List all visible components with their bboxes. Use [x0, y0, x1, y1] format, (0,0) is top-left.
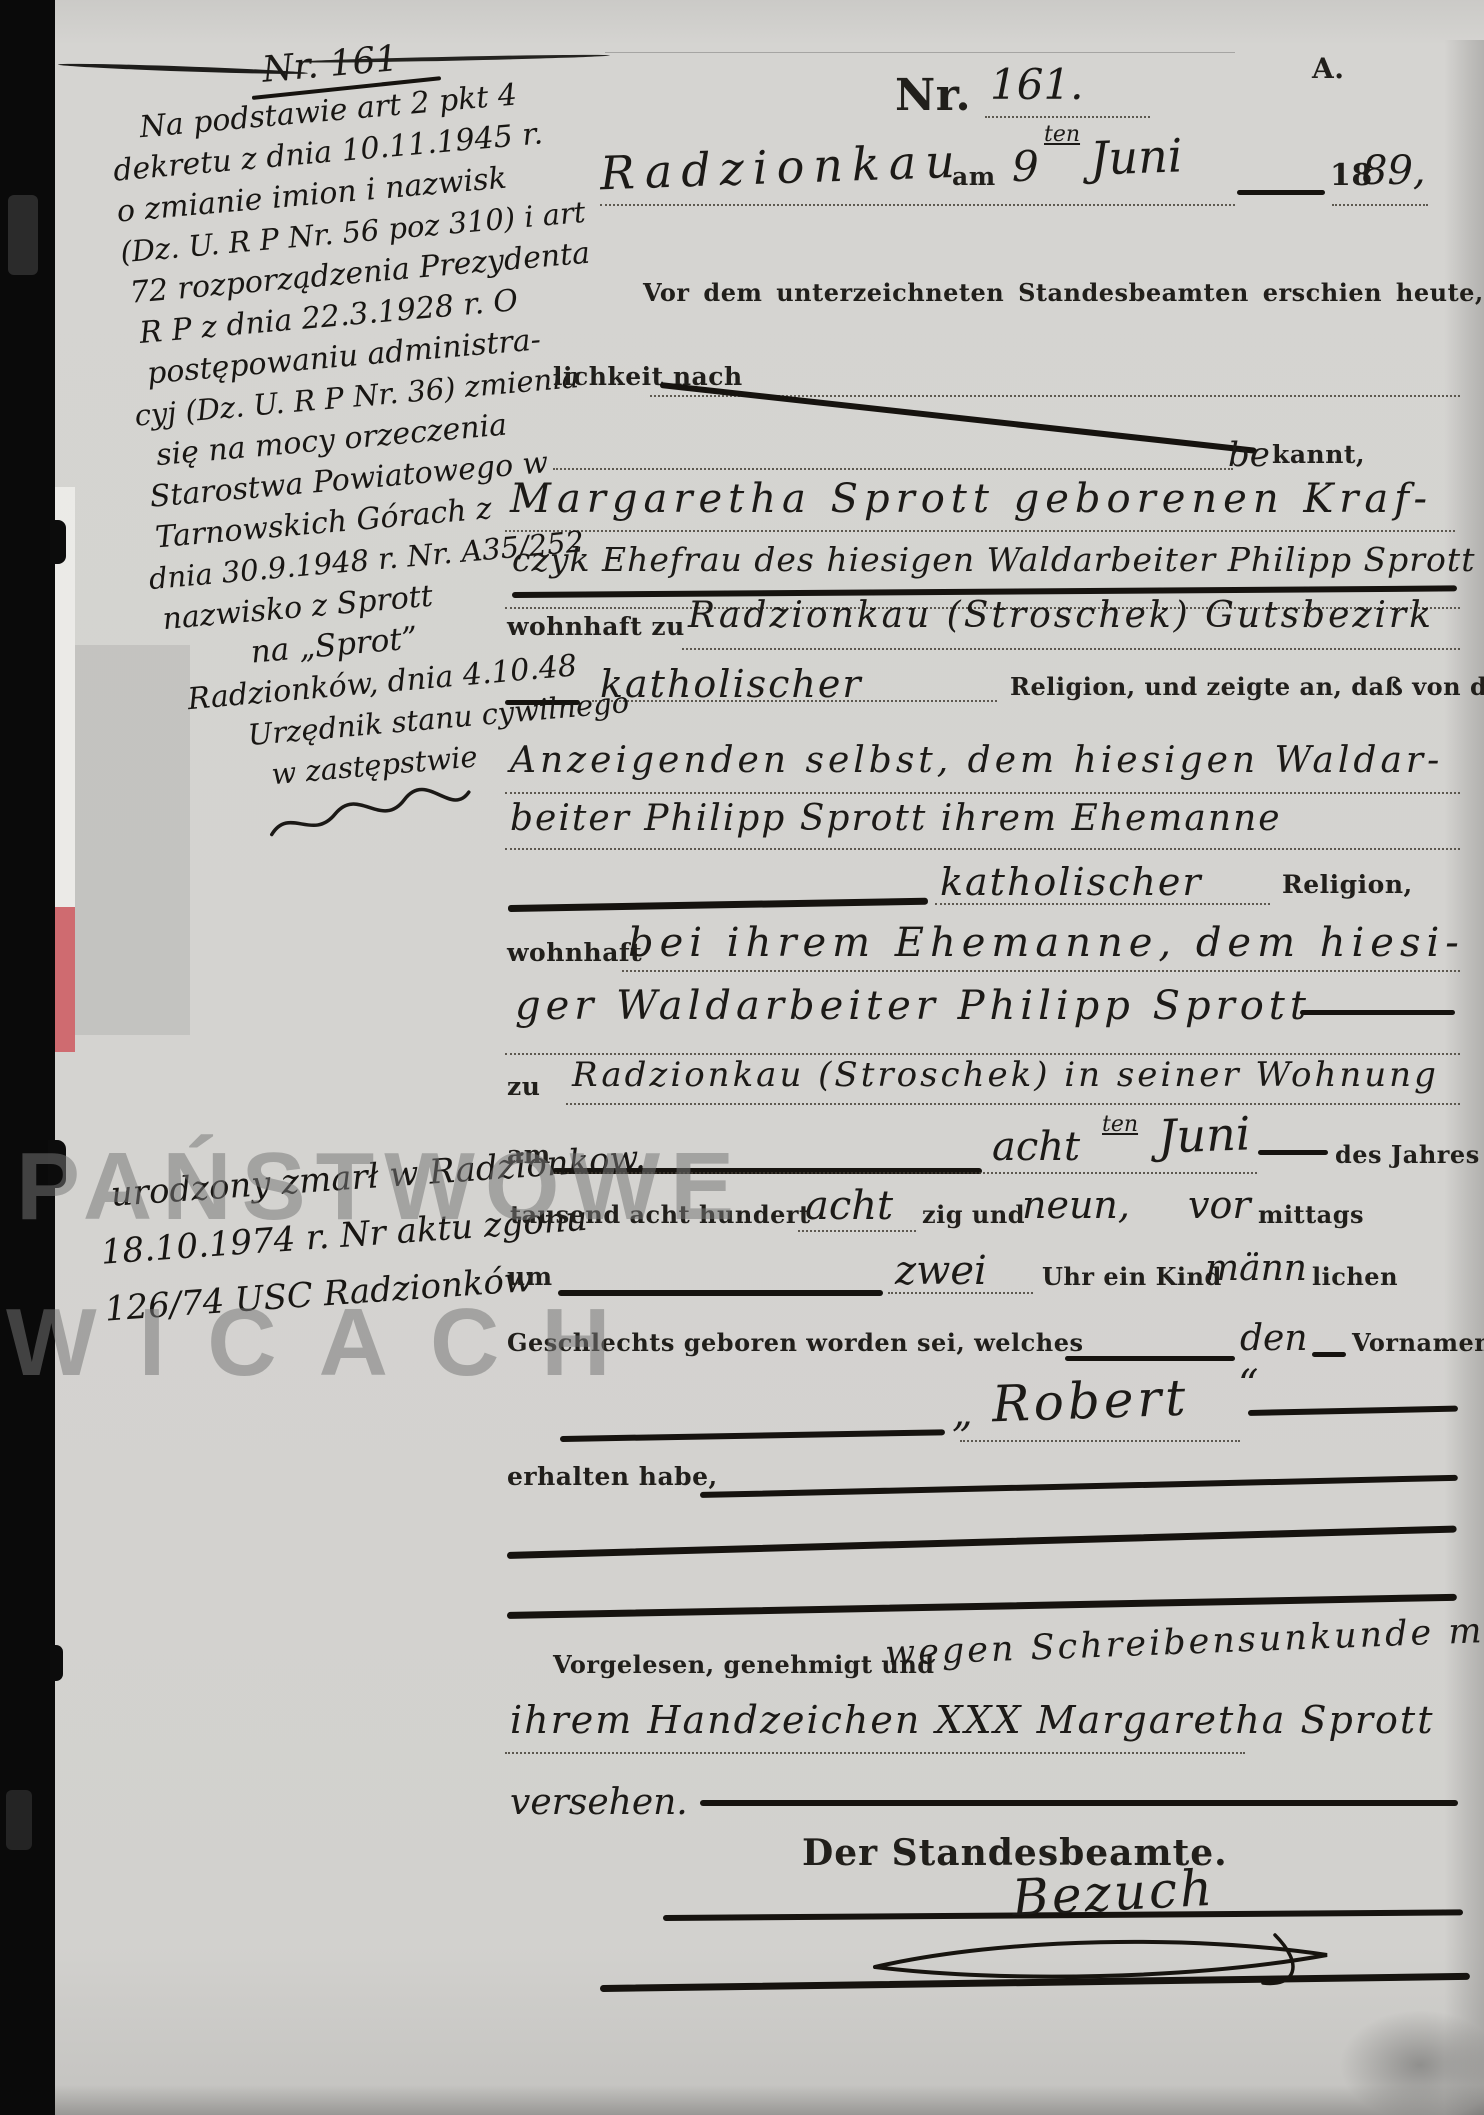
vornamen-label: Vornamen [1352, 1328, 1484, 1357]
birth-day-value: acht [992, 1124, 1080, 1170]
filler-line [700, 1800, 1458, 1806]
name-quote-open: „ [952, 1390, 973, 1436]
watermark-line-2: WICACH [6, 1288, 653, 1398]
decade-value: acht [805, 1183, 893, 1229]
scanned-birth-record: Nr. 161 Na podstawie art 2 pkt 4 dekretu… [0, 0, 1484, 2115]
residence2-line1: bei ihrem Ehemanne, dem hiesi- [628, 920, 1465, 966]
unit-value: neun, [1022, 1183, 1130, 1227]
gender-printed: lichen [1312, 1262, 1398, 1291]
intro-line-2: lichkeit nach [553, 362, 743, 391]
filler-line [1065, 1356, 1235, 1361]
filler-dash [1300, 1010, 1455, 1015]
des-jahres-label: des Jahres [1335, 1140, 1480, 1169]
birth-place-value: Radzionkau (Stroschek) in seiner Wohnung [572, 1055, 1439, 1095]
erhalten-habe-label: erhalten habe, [507, 1462, 718, 1491]
vorgelesen-label: Vorgelesen, genehmigt und [553, 1650, 935, 1679]
declarant-name-line2: czyk Ehefrau des hiesigen Waldarbeiter P… [512, 540, 1475, 579]
top-crease-faint [605, 52, 1235, 53]
declarant-name-line1: Margaretha Sprott geborenen Kraf- [510, 476, 1433, 522]
corner-smudge [1340, 2010, 1484, 2115]
zig-und-label: zig und [922, 1200, 1025, 1229]
month-value: Juni [1089, 128, 1183, 185]
registry-number-value: 161. [990, 60, 1084, 109]
ruled-dotted-line [622, 970, 1460, 972]
daytime-printed: mittags [1258, 1200, 1364, 1229]
closing-handwritten-3: versehen. [510, 1782, 688, 1823]
intro-line-1: Vor dem unterzeichneten Standesbeamten e… [643, 278, 1484, 307]
corner-letter: A. [1312, 52, 1344, 85]
am-label: am [952, 162, 996, 191]
ruled-dotted-line [505, 792, 1460, 794]
religion-label-2: Religion, [1282, 870, 1413, 899]
religion-label-1: Religion, und zeigte an, daß von der [1010, 672, 1484, 701]
religion-value-2: katholischer [940, 860, 1203, 904]
year-handwritten: 89, [1362, 148, 1426, 194]
scan-border-smudge [6, 1790, 32, 1850]
residence-value: Radzionkau (Stroschek) Gutsbezirk [688, 595, 1434, 636]
signature-flourish [865, 1925, 1345, 1995]
birth-month-value: Juni [1157, 1106, 1251, 1163]
official-signature: Bezuch [1011, 1859, 1217, 1928]
anzeigende-line2: beiter Philipp Sprott ihrem Ehemanne [510, 798, 1282, 839]
name-quote-close: “ [1238, 1362, 1258, 1408]
ruled-dotted-line [985, 116, 1150, 118]
residence2-line2: ger Waldarbeiter Philipp Sprott [515, 983, 1311, 1029]
ruled-dotted-line [566, 1103, 1460, 1105]
bekannt-printed: kannt, [1272, 440, 1365, 469]
daytime-handwritten: vor [1188, 1183, 1251, 1227]
filler-dash [1237, 190, 1325, 195]
page-edge-shadow-bottom [55, 2085, 1484, 2115]
scan-border-smudge [8, 195, 38, 275]
bekannt-handwritten: be [1228, 435, 1270, 475]
um-label: um [507, 1262, 553, 1291]
closing-handwritten-2: ihrem Handzeichen XXX Margaretha Sprott [510, 1698, 1434, 1742]
scan-border-bump [50, 1645, 63, 1681]
ruled-dotted-line [505, 848, 1460, 850]
ruled-dotted-line [1332, 204, 1428, 206]
religion-value-1: katholischer [600, 662, 863, 706]
watermark-line-1: PAŃSTWOWE [16, 1132, 744, 1242]
wohnhaft-zu-label: wohnhaft zu [507, 612, 685, 641]
filler-dash [1312, 1352, 1346, 1357]
child-name-value: Robert [991, 1369, 1190, 1434]
anzeigende-line1: Anzeigenden selbst, dem hiesigen Waldar- [510, 740, 1443, 781]
zu-label: zu [507, 1072, 540, 1101]
ruled-dotted-line [682, 648, 1460, 650]
gender-handwritten: männ [1205, 1248, 1307, 1289]
uhr-ein-kind-label: Uhr ein Kind [1042, 1262, 1222, 1291]
birth-day-suffix: ten [1102, 1112, 1138, 1137]
archive-logo-red-strip [55, 907, 75, 1052]
filler-dash [1258, 1150, 1328, 1155]
ruled-dotted-line [600, 204, 1235, 206]
ruled-dotted-line [960, 1440, 1240, 1442]
den-handwritten: den [1240, 1318, 1308, 1359]
day-value: 9 [1012, 142, 1039, 191]
registry-number-label: Nr. [895, 70, 971, 121]
wohnhaft-label: wohnhaft [507, 938, 642, 967]
ruled-dotted-line [553, 468, 1233, 470]
scan-border-bump [50, 520, 66, 564]
ruled-dotted-line [505, 1752, 1245, 1754]
ruled-dotted-line [505, 530, 1455, 532]
hour-value: zwei [895, 1248, 987, 1294]
ruled-dotted-line [798, 1230, 916, 1232]
day-suffix: ten [1044, 122, 1080, 147]
